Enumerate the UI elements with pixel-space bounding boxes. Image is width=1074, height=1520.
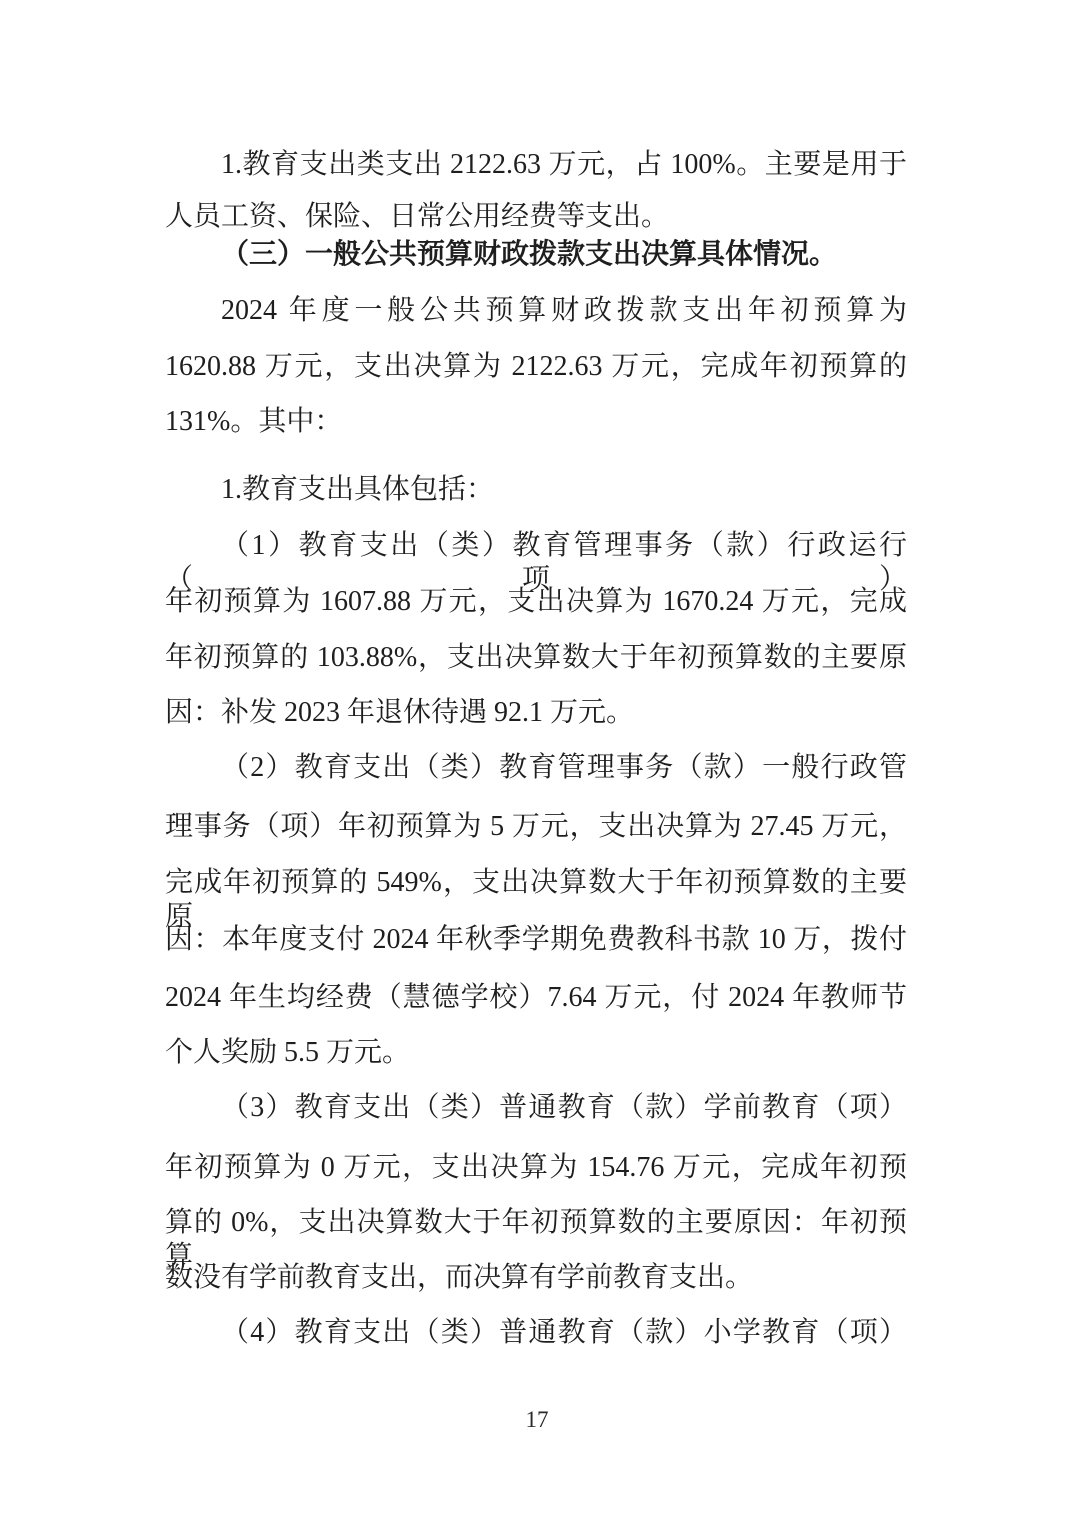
section-heading: （三）一般公共预算财政拨款支出决算具体情况。	[165, 238, 907, 272]
text-line: 个人奖励 5.5 万元。	[165, 1036, 907, 1070]
text-line: （4）教育支出（类）普通教育（款）小学教育（项）	[165, 1316, 907, 1350]
text-line: 年初预算为 1607.88 万元，支出决算为 1670.24 万元，完成	[165, 585, 907, 619]
page-number: 17	[0, 1406, 1074, 1434]
text-line: （3）教育支出（类）普通教育（款）学前教育（项）	[165, 1091, 907, 1125]
text-line: 2024 年度一般公共预算财政拨款支出年初预算为	[165, 294, 907, 328]
text-line: 1.教育支出具体包括：	[165, 473, 907, 507]
text-line: 因：本年度支付 2024 年秋季学期免费教科书款 10 万，拨付	[165, 923, 907, 957]
text-line: 1.教育支出类支出 2122.63 万元，占 100%。主要是用于	[165, 148, 907, 182]
text-line: 年初预算的 103.88%，支出决算数大于年初预算数的主要原	[165, 641, 907, 675]
text-line: 数没有学前教育支出，而决算有学前教育支出。	[165, 1261, 907, 1295]
text-line: 理事务（项）年初预算为 5 万元，支出决算为 27.45 万元，	[165, 810, 907, 844]
text-line: 年初预算为 0 万元，支出决算为 154.76 万元，完成年初预	[165, 1151, 907, 1185]
document-body: 1.教育支出类支出 2122.63 万元，占 100%。主要是用于人员工资、保险…	[0, 0, 1074, 1520]
text-line: 人员工资、保险、日常公用经费等支出。	[165, 200, 907, 234]
text-line: 2024 年生均经费（慧德学校）7.64 万元，付 2024 年教师节	[165, 981, 907, 1015]
text-line: 因：补发 2023 年退休待遇 92.1 万元。	[165, 696, 907, 730]
text-line: 1620.88 万元，支出决算为 2122.63 万元，完成年初预算的	[165, 350, 907, 384]
text-line: 131%。其中：	[165, 405, 907, 439]
text-line: （2）教育支出（类）教育管理事务（款）一般行政管	[165, 751, 907, 785]
document-page: 1.教育支出类支出 2122.63 万元，占 100%。主要是用于人员工资、保险…	[0, 0, 1074, 1520]
